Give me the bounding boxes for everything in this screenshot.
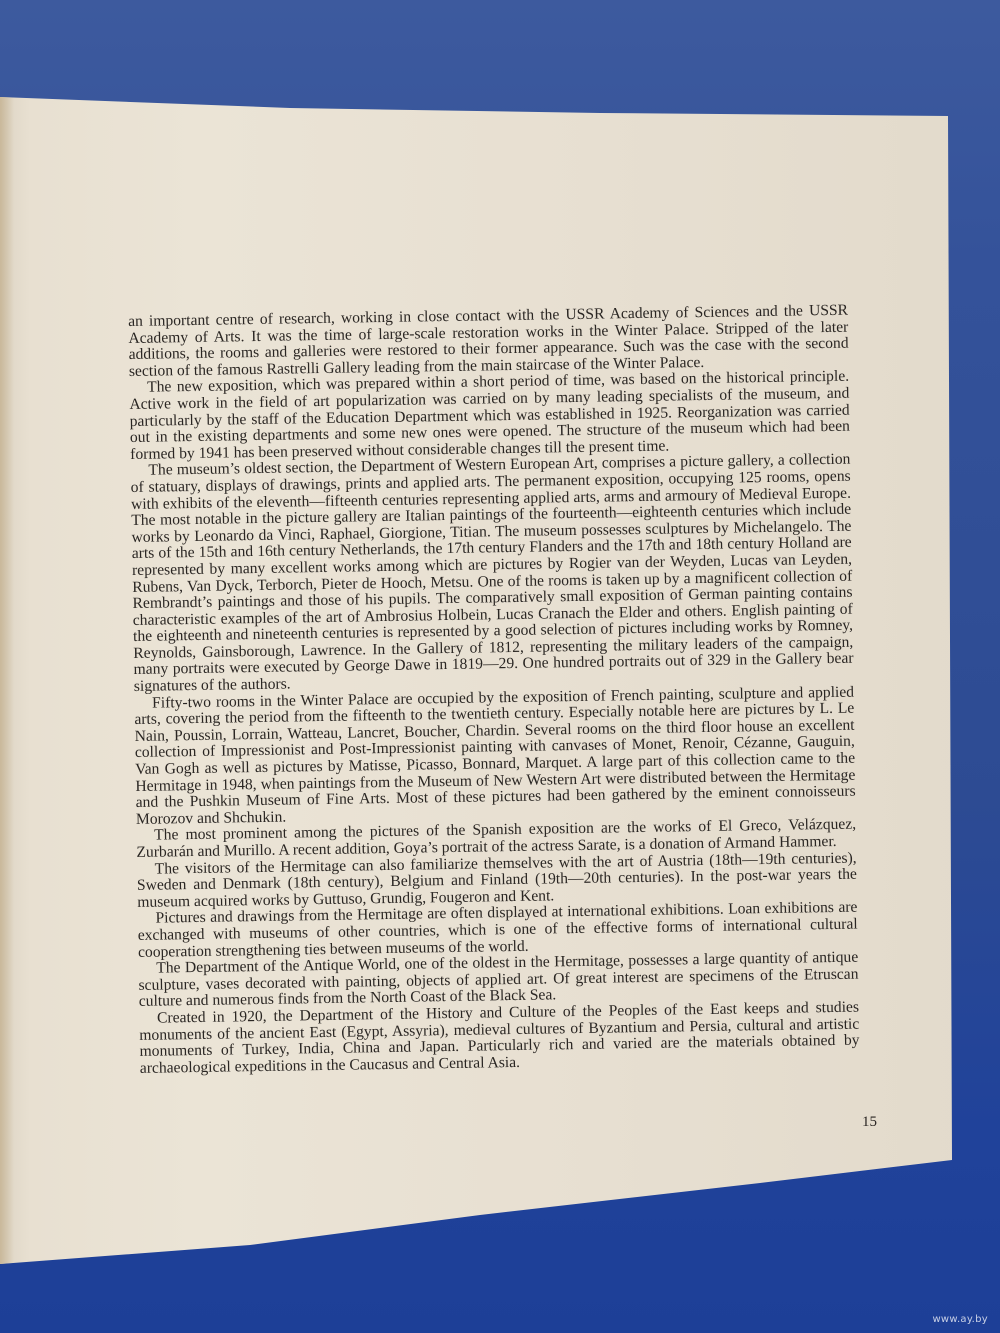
book-page: an important centre of research, working… [0, 0, 1000, 1333]
body-text: an important centre of research, working… [128, 303, 860, 1078]
watermark: www.ay.by [932, 1314, 988, 1325]
paragraph: The new exposition, which was prepared w… [129, 369, 850, 463]
paragraph: The museum’s oldest section, the Departm… [130, 452, 854, 696]
paragraph: Created in 1920, the Department of the H… [139, 1000, 860, 1078]
page-number: 15 [862, 1114, 877, 1131]
page-spine-shadow [0, 90, 14, 1270]
paragraph: Fifty-two rooms in the Winter Palace are… [134, 684, 856, 828]
paragraph: an important centre of research, working… [128, 303, 849, 381]
